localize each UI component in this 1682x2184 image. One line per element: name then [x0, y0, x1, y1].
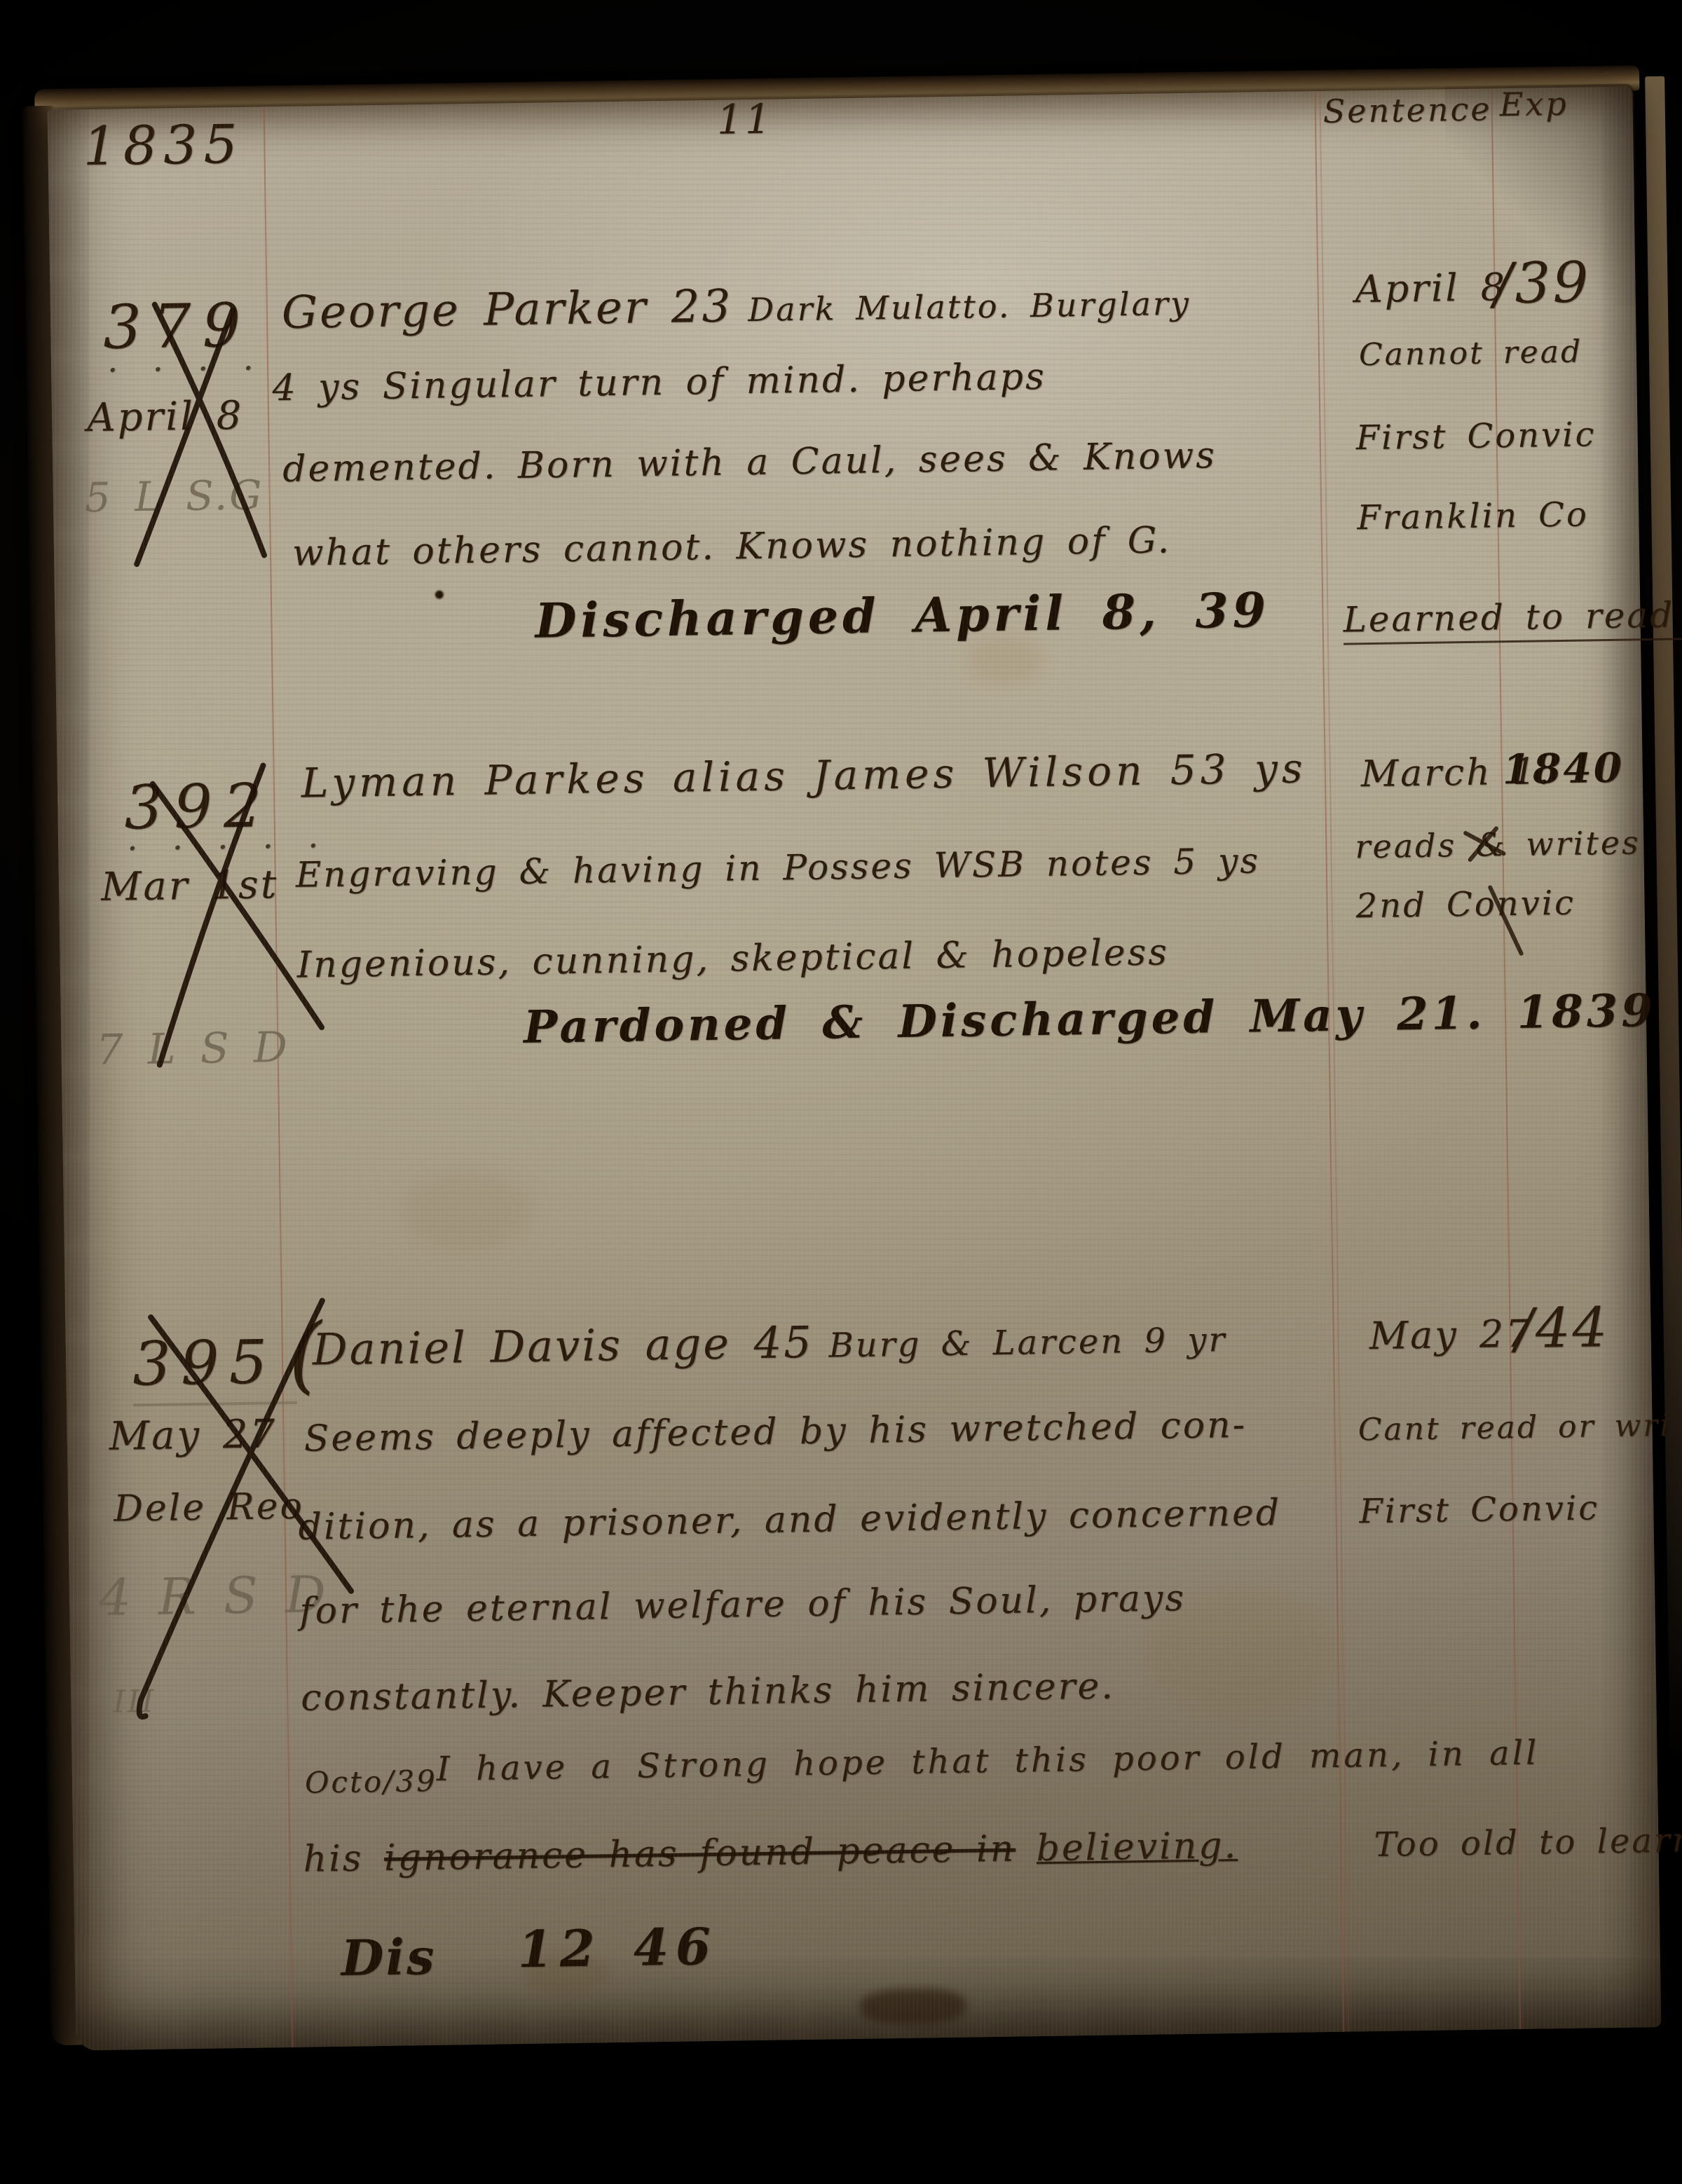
prisoner-name: George Parker 23 [281, 280, 732, 339]
ledger-year: 1835 [83, 113, 245, 177]
entry-margin-tally: III [113, 1684, 156, 1720]
entry-line: what others cannot. Knows nothing of G. [292, 519, 1172, 575]
prisoner-name: Lyman Parkes alias James Wilson 53 ys [301, 744, 1307, 806]
literacy-note: Cant read or wri [1358, 1408, 1671, 1448]
entry-line: for the eternal welfare of his Soul, pra… [299, 1577, 1186, 1633]
ledger-book: 1835 11 Sentence Exp 379 · · · · April 8… [48, 86, 1662, 2050]
entry-number: 395 [132, 1327, 297, 1406]
ledger-page: 1835 11 Sentence Exp 379 · · · · April 8… [48, 86, 1662, 2050]
entry-line: demented. Born with a Caul, sees & Knows [282, 434, 1217, 490]
underlined-text: believing. [1036, 1825, 1238, 1869]
literacy-update-note: Learned to read [1343, 594, 1682, 645]
sentence-exp-date: April 8 [1355, 265, 1507, 311]
page-number: 11 [716, 95, 773, 144]
photo-background: 1835 11 Sentence Exp 379 · · · · April 8… [0, 0, 1682, 2184]
conviction-note: First Convic [1355, 415, 1596, 458]
entry-margin-date: April 8 [87, 393, 244, 441]
literacy-note: Cannot read [1359, 334, 1583, 373]
literacy-note: reads & writes [1355, 823, 1641, 865]
sentence-exp-header-left: Sentence [1322, 90, 1491, 130]
entry-margin-pencil: 5 L S.G [84, 471, 264, 521]
entry-margin-pencil: 7 L S D [96, 1023, 289, 1075]
county-note: Franklin Co [1357, 495, 1589, 537]
conviction-note: First Convic [1359, 1488, 1599, 1531]
discharge-abbrev: Dis [341, 1928, 437, 1987]
entry-line-date-prefix: Octo/39 [305, 1764, 437, 1800]
entry-headline: George Parker 23Dark Mulatto. Burglary [281, 274, 1191, 339]
discharge-code: 12 46 [517, 1916, 718, 1979]
entry-line: Ingenious, cunning, skeptical & hopeless [296, 931, 1169, 986]
entry-line: dition, as a prisoner, and evidently con… [298, 1492, 1281, 1548]
literacy-update-note: Too old to learn [1374, 1820, 1682, 1864]
sentence-exp-date: May 27 [1369, 1312, 1532, 1358]
ink-dots: · · · · [107, 348, 263, 390]
conviction-note: 2nd Convic [1355, 884, 1575, 926]
entry-margin-pencil: 4 R S D [98, 1565, 328, 1627]
prisoner-name: Daniel Davis age 45 [312, 1317, 814, 1375]
discharge-note: Discharged April 8, 39 [535, 582, 1271, 650]
edge-blot [861, 1989, 966, 2025]
sentence-exp-header-right: Exp [1499, 85, 1568, 123]
discharge-note: Pardoned & Discharged May 21. 1839 [524, 984, 1657, 1054]
sentence-exp-year: /44 [1515, 1296, 1610, 1361]
sentence-exp-year: 1840 [1502, 744, 1624, 794]
ink-spot [435, 591, 444, 599]
entry-margin-note: Dele Reo [114, 1485, 305, 1530]
paper-stain [399, 1168, 534, 1254]
crime-descriptor: Burg & Larcen 9 yr [828, 1320, 1227, 1365]
sentence-exp-year: /39 [1493, 249, 1591, 316]
entry-margin-date: May 27 [109, 1411, 277, 1460]
crime-descriptor: Dark Mulatto. Burglary [748, 284, 1191, 329]
entry-line: Engraving & having in Posses WSB notes 5… [295, 840, 1260, 895]
struck-text: ignorance has found peace in [384, 1828, 1016, 1879]
entry-line: Seems deeply affected by his wretched co… [303, 1404, 1247, 1460]
entry-line: 4 ys Singular turn of mind. perhaps [272, 356, 1046, 409]
entry-headline: Daniel Davis age 45Burg & Larcen 9 yr [312, 1310, 1226, 1375]
entry-margin-date: Mar 1st [101, 862, 279, 910]
line-fragment: his [303, 1838, 364, 1881]
entry-line: constantly. Keeper thinks him sincere. [301, 1666, 1115, 1719]
entry-line: his ignorance has found peace in believi… [303, 1825, 1238, 1881]
entry-line: I have a Strong hope that this poor old … [436, 1733, 1539, 1789]
